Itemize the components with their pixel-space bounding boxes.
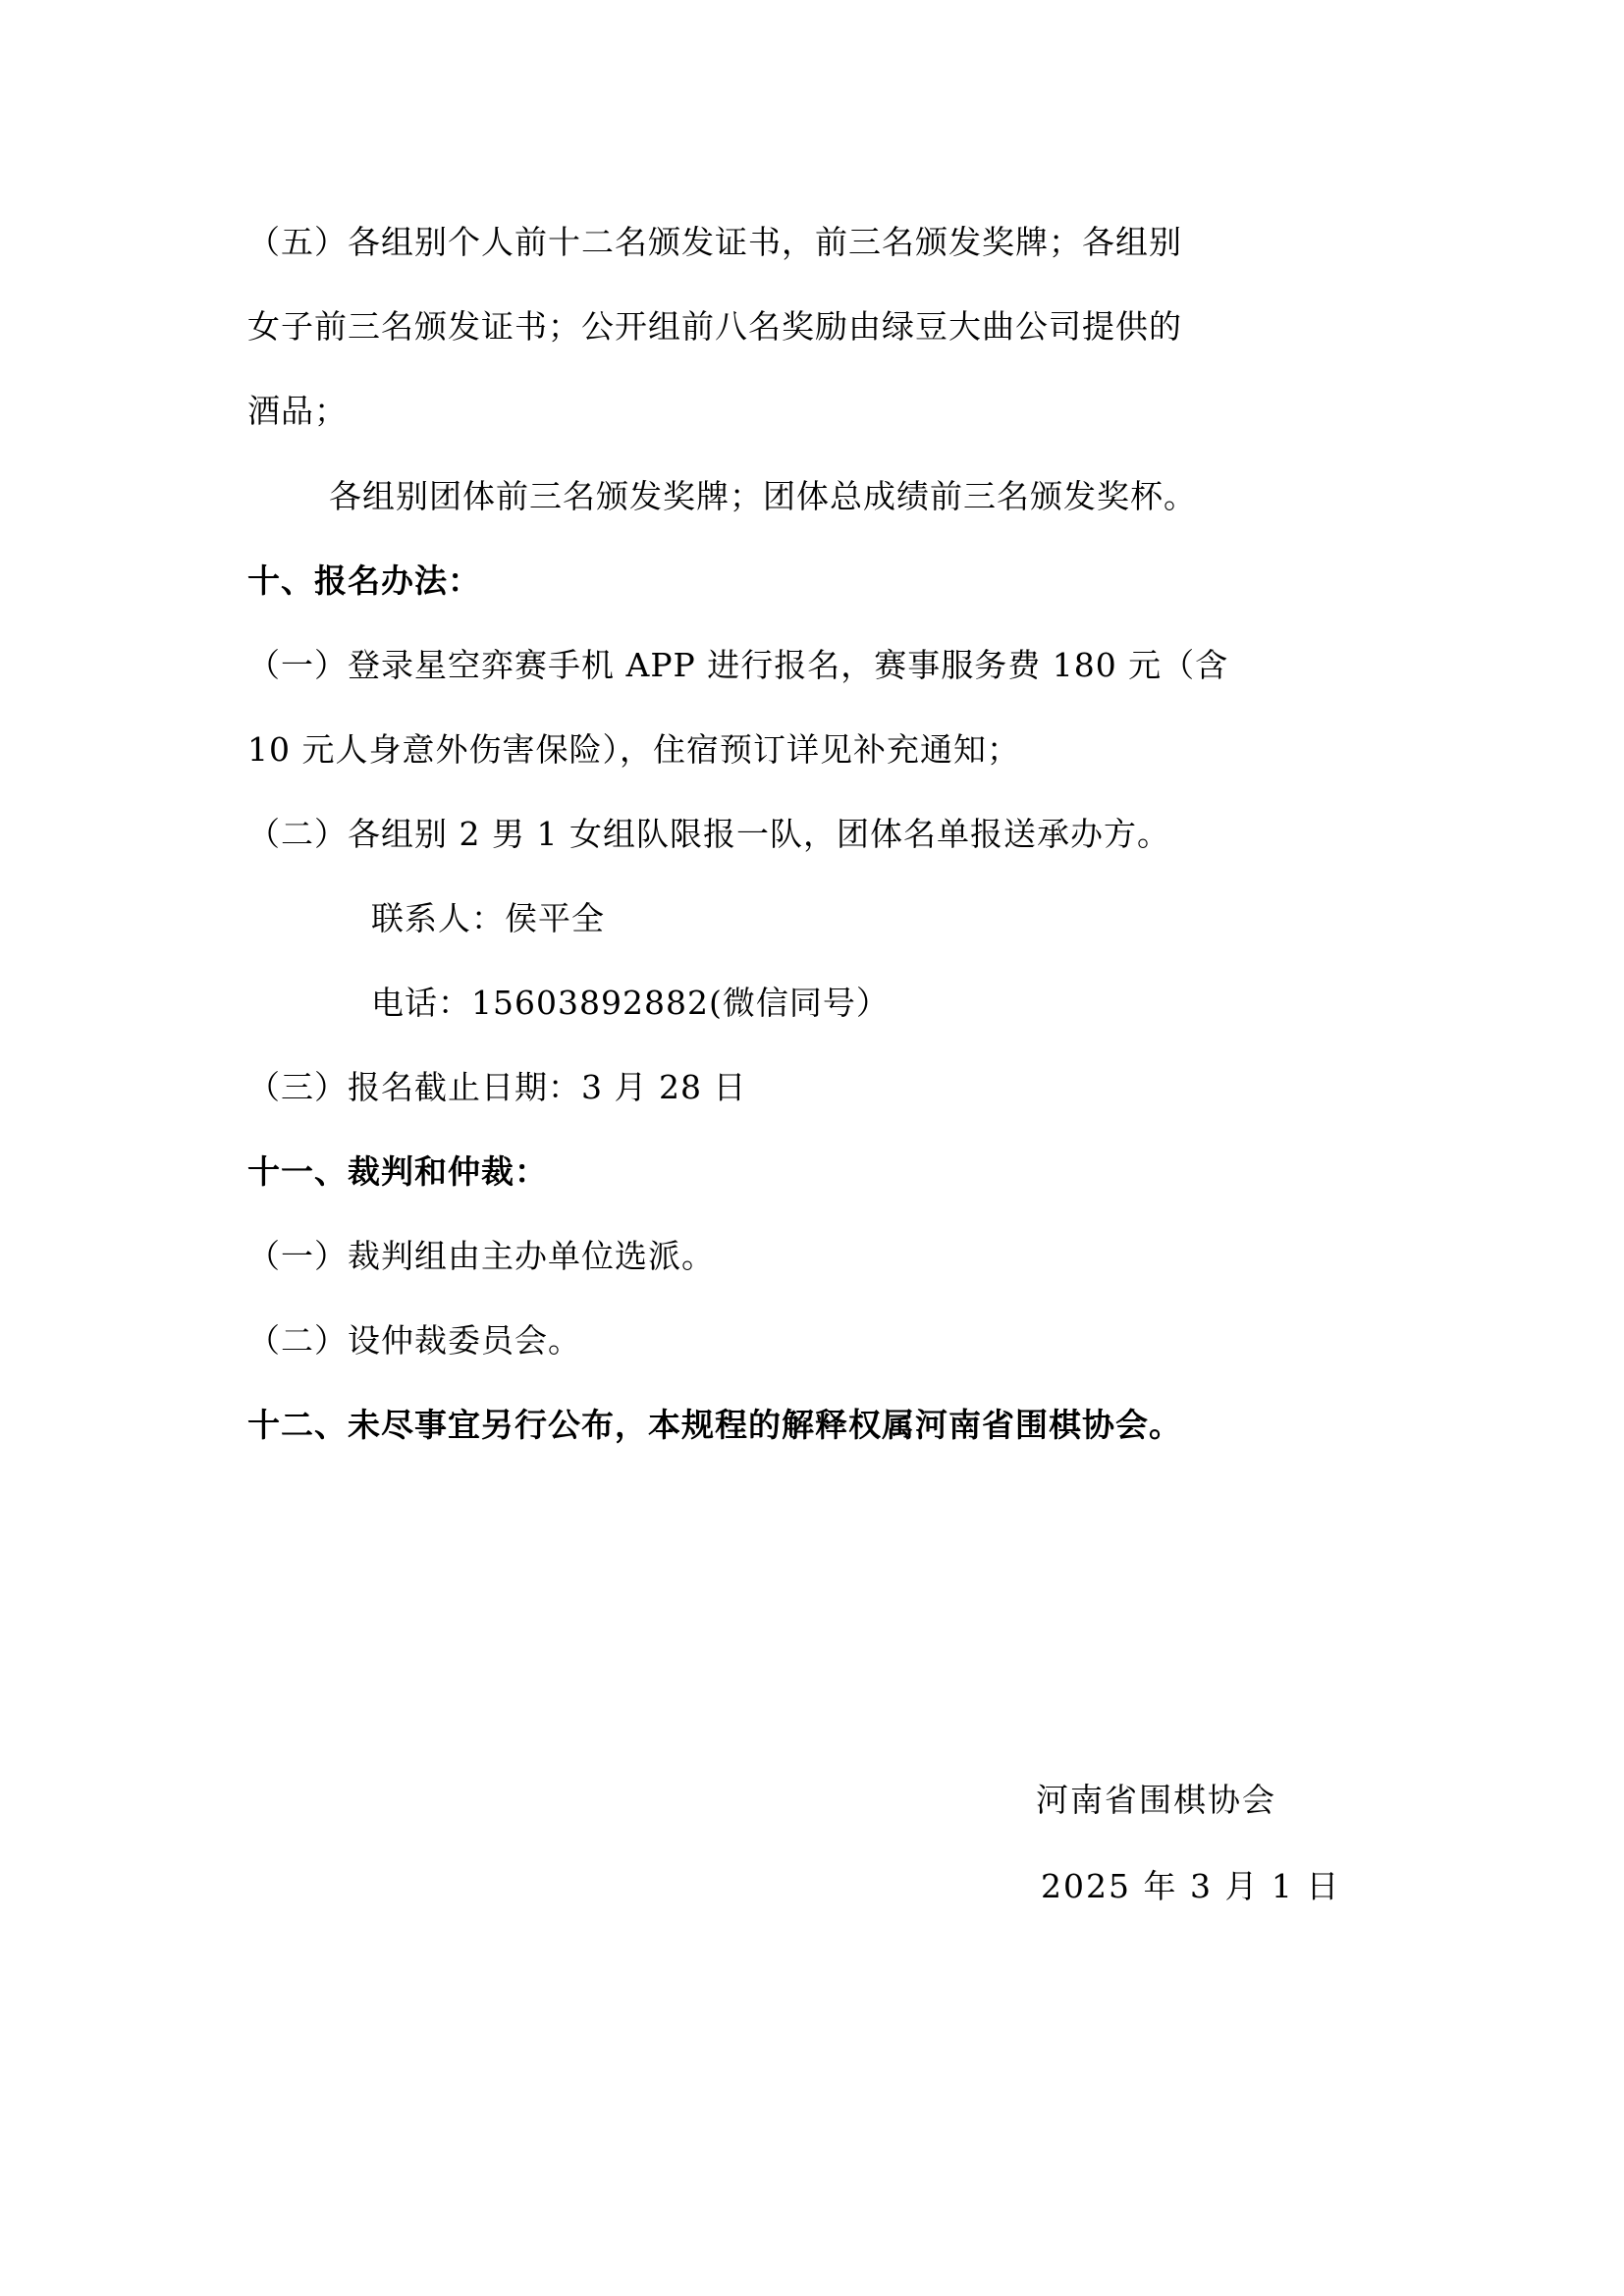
contact-person: 联系人：侯平全	[371, 897, 605, 940]
team-awards-paragraph: 各组别团体前三名颁发奖牌；团体总成绩前三名颁发奖杯。	[329, 475, 1197, 518]
awards-item-5-line-3: 酒品；	[247, 390, 348, 433]
awards-item-5-line-2: 女子前三名颁发证书；公开组前八名奖励由绿豆大曲公司提供的	[247, 305, 1182, 348]
referee-item-1: （一）裁判组由主办单位选派。	[247, 1235, 715, 1278]
section-12-heading: 十二、未尽事宜另行公布，本规程的解释权属河南省围棋协会。	[247, 1404, 1182, 1447]
awards-item-5-line-1: （五）各组别个人前十二名颁发证书，前三名颁发奖牌；各组别	[247, 221, 1182, 264]
registration-deadline: （三）报名截止日期：3 月 28 日	[247, 1066, 746, 1109]
referee-item-2: （二）设仲裁委员会。	[247, 1319, 581, 1362]
registration-item-1-line-1: （一）登录星空弈赛手机 APP 进行报名，赛事服务费 180 元（含	[247, 644, 1228, 687]
signature-organization: 河南省围棋协会	[1036, 1779, 1276, 1822]
section-11-heading: 十一、裁判和仲裁：	[247, 1150, 548, 1194]
signature-date: 2025 年 3 月 1 日	[1041, 1865, 1340, 1908]
registration-item-2: （二）各组别 2 男 1 女组队限报一队，团体名单报送承办方。	[247, 813, 1170, 856]
section-10-heading: 十、报名办法：	[247, 560, 481, 603]
contact-phone: 电话：15603892882(微信同号）	[371, 982, 890, 1025]
document-page: （五）各组别个人前十二名颁发证书，前三名颁发奖牌；各组别 女子前三名颁发证书；公…	[0, 0, 1624, 2296]
registration-item-1-line-2: 10 元人身意外伤害保险），住宿预订详见补充通知；	[247, 728, 1020, 772]
